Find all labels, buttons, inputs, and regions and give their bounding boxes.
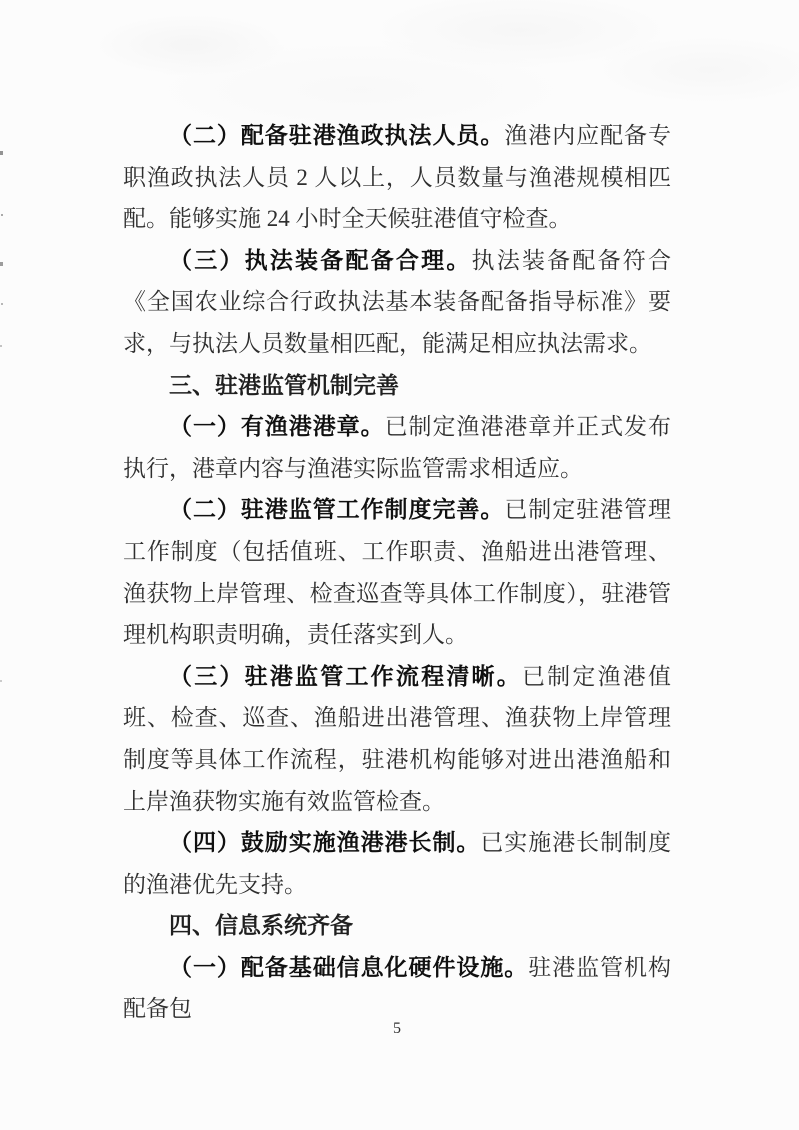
section-heading: 四、信息系统齐备 <box>123 905 671 947</box>
clause-lead: （一）有渔港港章。 <box>169 414 385 439</box>
section-heading: 三、驻港监管机制完善 <box>123 365 671 407</box>
clause-paragraph: （二）驻港监管工作制度完善。已制定驻港管理工作制度（包括值班、工作职责、渔船进出… <box>123 489 671 655</box>
page-footer: 5 <box>123 1020 671 1038</box>
clause-paragraph: （二）配备驻港渔政执法人员。渔港内应配备专职渔政执法人员 2 人以上，人员数量与… <box>123 115 671 240</box>
clause-paragraph: （一）配备基础信息化硬件设施。驻港监管机构配备包 <box>123 947 671 1030</box>
clause-lead: （三）驻港监管工作流程清晰。 <box>169 664 522 689</box>
clause-lead: （一）配备基础信息化硬件设施。 <box>169 955 528 980</box>
clause-paragraph: （四）鼓励实施渔港港长制。已实施港长制制度的渔港优先支持。 <box>123 822 671 905</box>
clause-paragraph: （一）有渔港港章。已制定渔港港章并正式发布执行，港章内容与渔港实际监管需求相适应… <box>123 406 671 489</box>
page-number: 5 <box>393 1020 401 1037</box>
scan-edge-artifacts <box>0 0 2 2</box>
document-page: （二）配备驻港渔政执法人员。渔港内应配备专职渔政执法人员 2 人以上，人员数量与… <box>0 0 799 1130</box>
clause-lead: （二）配备驻港渔政执法人员。 <box>169 123 504 148</box>
clause-paragraph: （三）驻港监管工作流程清晰。已制定渔港值班、检查、巡查、渔船进出港管理、渔获物上… <box>123 656 671 822</box>
document-body: （二）配备驻港渔政执法人员。渔港内应配备专职渔政执法人员 2 人以上，人员数量与… <box>123 115 671 1030</box>
clause-lead: （三）执法装备配备合理。 <box>169 248 472 273</box>
clause-lead: （四）鼓励实施渔港港长制。 <box>169 830 480 855</box>
clause-lead: （二）驻港监管工作制度完善。 <box>169 497 504 522</box>
clause-paragraph: （三）执法装备配备合理。执法装备配备符合《全国农业综合行政执法基本装备配备指导标… <box>123 240 671 365</box>
